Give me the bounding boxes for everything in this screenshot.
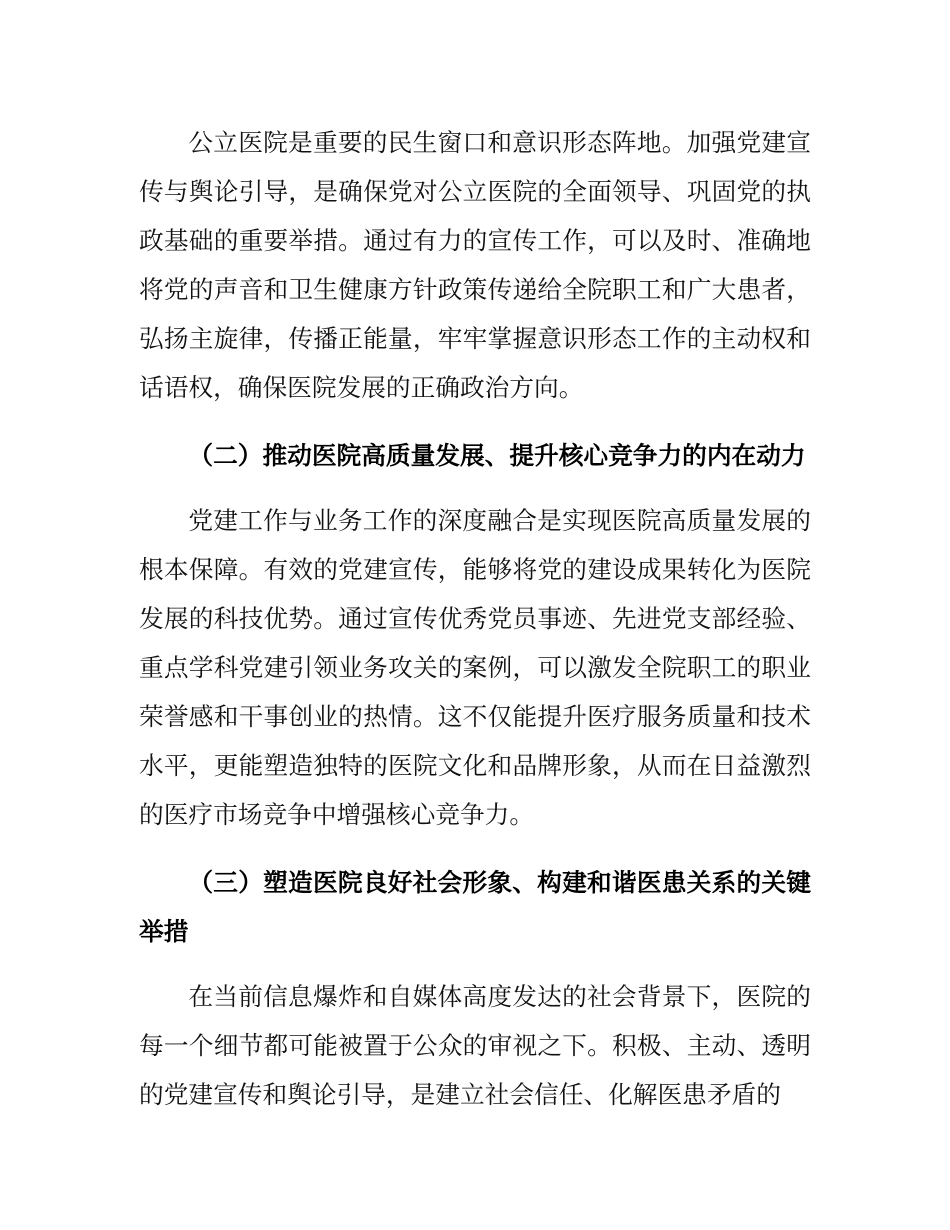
section-heading-2: （二）推动医院高质量发展、提升核心竞争力的内在动力 (139, 432, 811, 481)
paragraph-high-quality-development: 党建工作与业务工作的深度融合是实现医院高质量发展的根本保障。有效的党建宣传，能够… (139, 497, 811, 840)
section-heading-3: （三）塑造医院良好社会形象、构建和谐医患关系的关键举措 (139, 859, 811, 957)
document-page: 公立医院是重要的民生窗口和意识形态阵地。加强党建宣传与舆论引导，是确保党对公立医… (0, 0, 950, 1230)
paragraph-party-building-importance: 公立医院是重要的民生窗口和意识形态阵地。加强党建宣传与舆论引导，是确保党对公立医… (139, 119, 811, 413)
paragraph-social-image: 在当前信息爆炸和自媒体高度发达的社会背景下，医院的每一个细节都可能被置于公众的审… (139, 973, 811, 1120)
